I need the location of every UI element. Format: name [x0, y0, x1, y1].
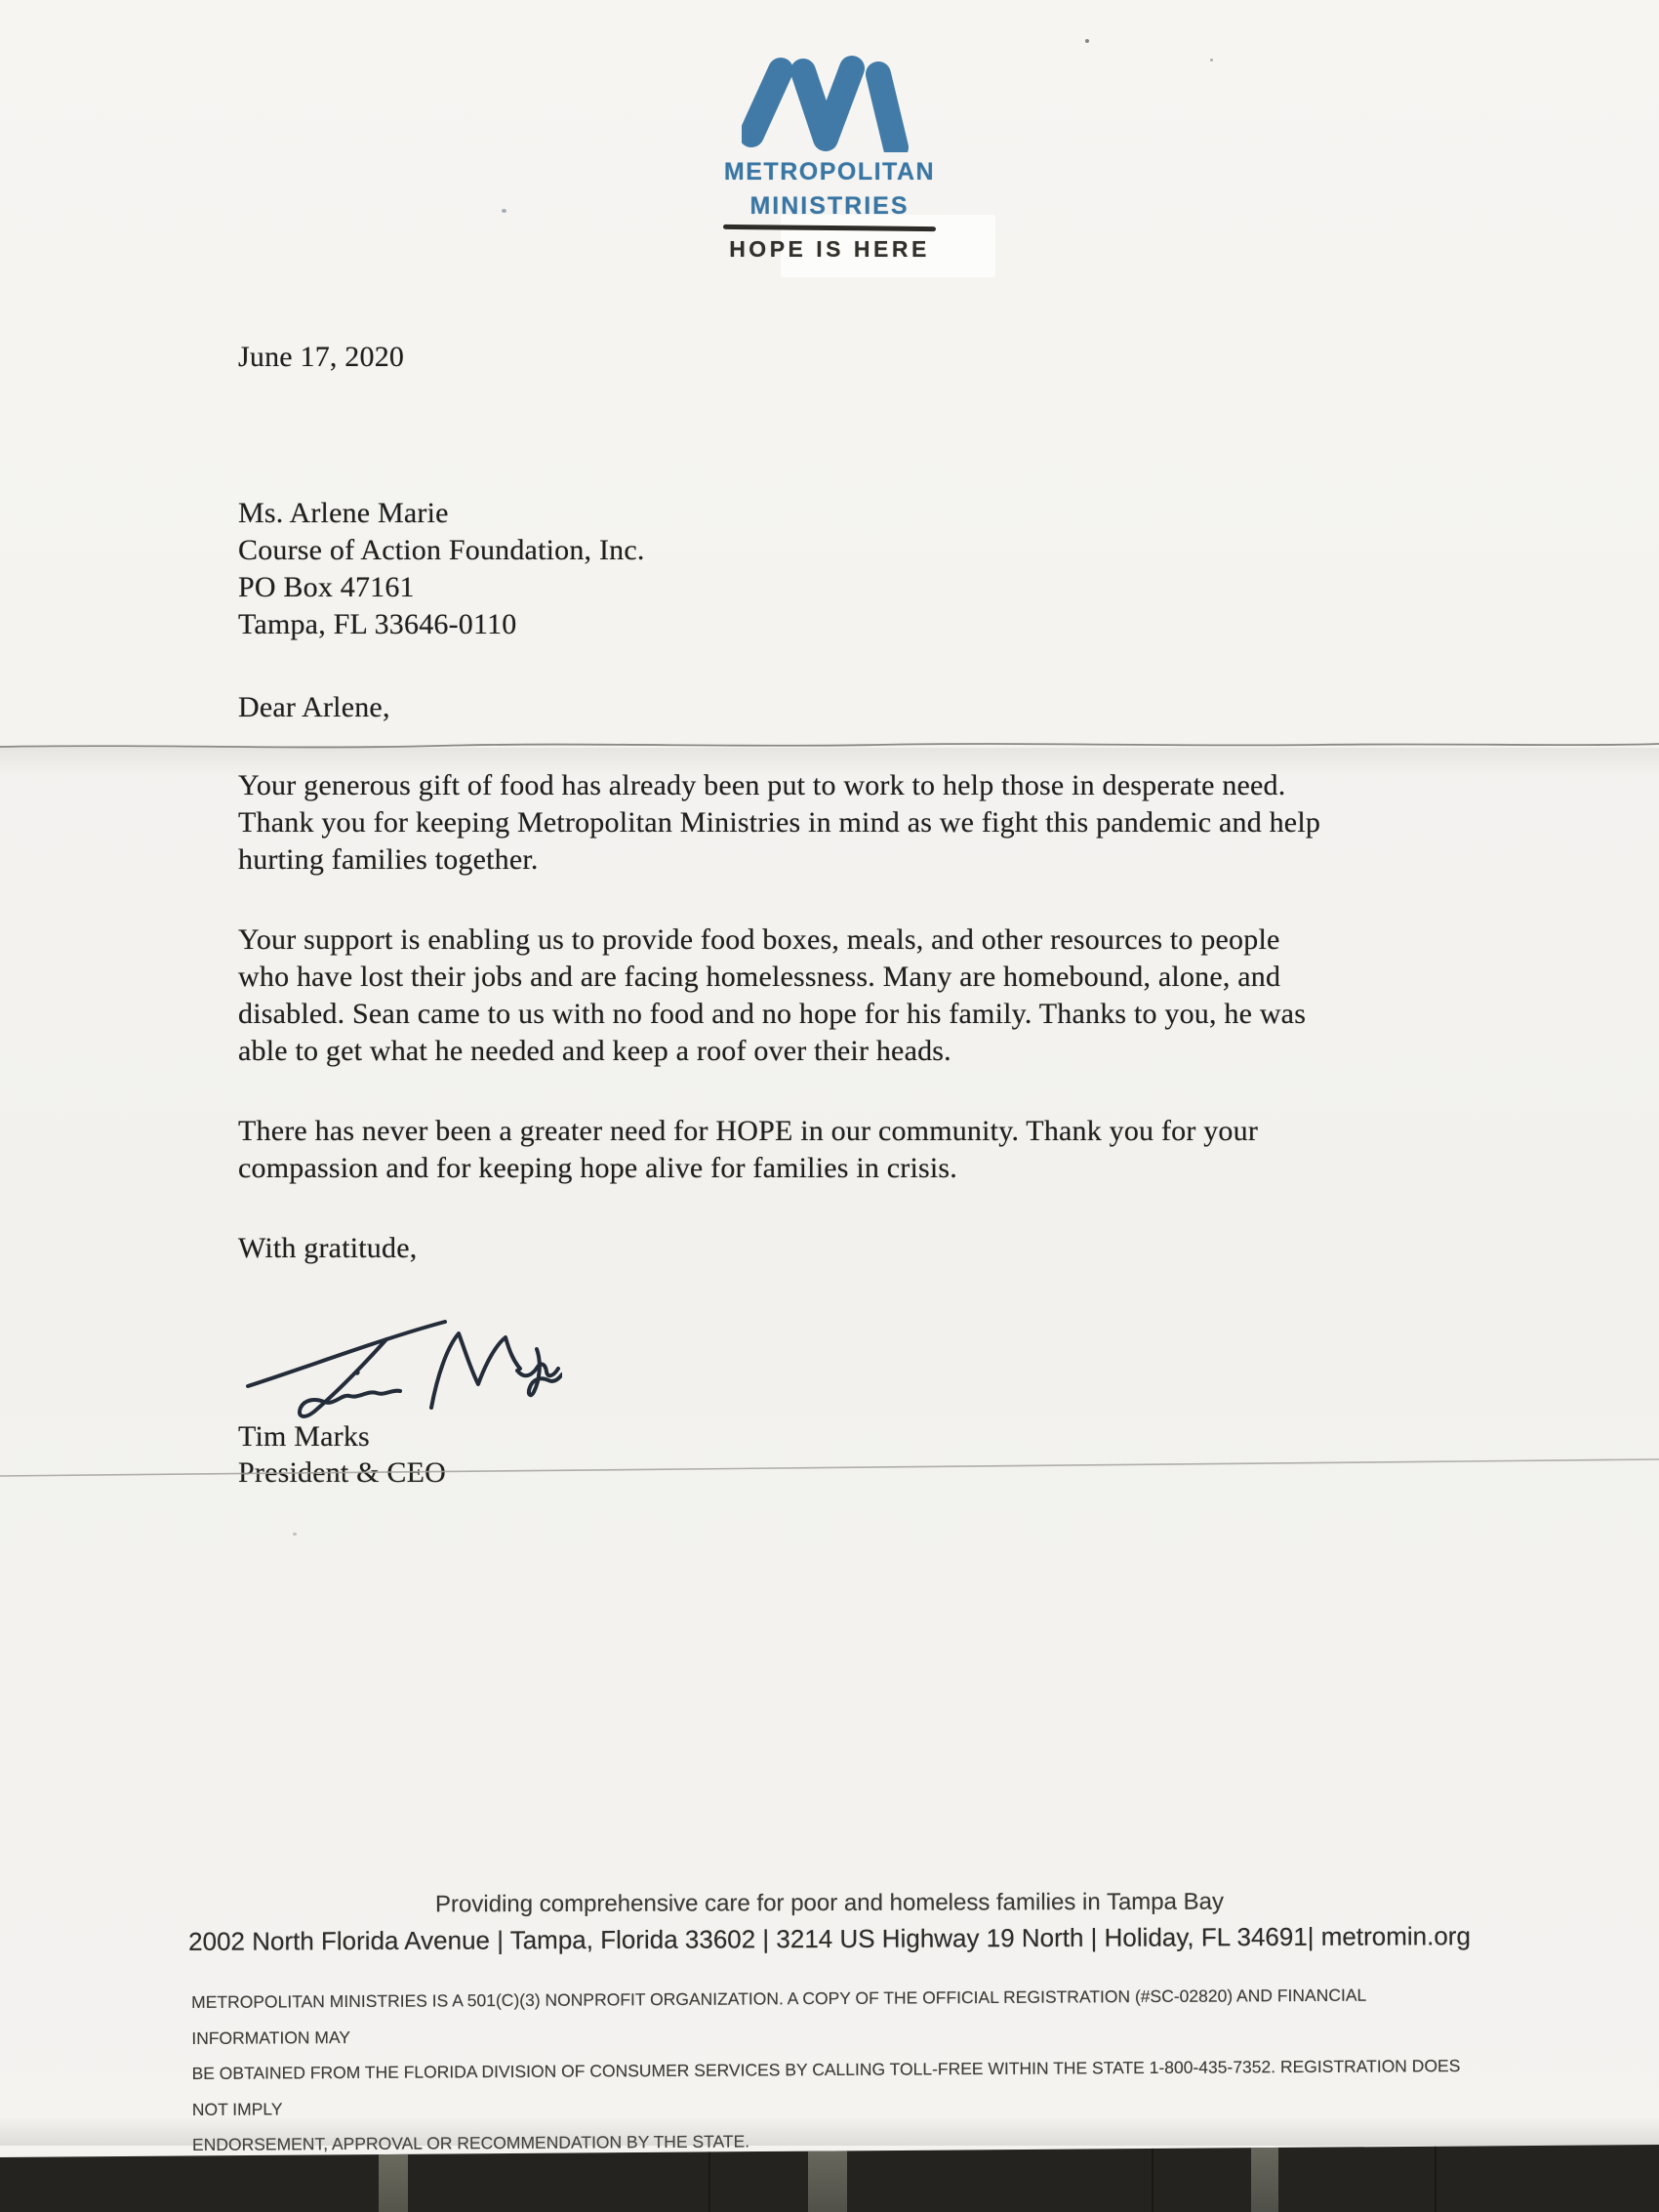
scan-speck: [1085, 39, 1089, 43]
paper-edge-shadow: [0, 2116, 1659, 2146]
body-paragraph-1: Your generous gift of food has already b…: [238, 767, 1536, 879]
closing-line: With gratitude,: [238, 1230, 1536, 1267]
salutation: Dear Arlene,: [238, 689, 390, 726]
scanner-band-seam: [708, 2142, 710, 2212]
logo-divider: [723, 225, 936, 231]
recipient-city-state-zip: Tampa, FL 33646-0110: [238, 606, 645, 643]
footer-tagline: Providing comprehensive care for poor an…: [0, 1887, 1659, 1920]
scanner-band-seam: [1435, 2142, 1436, 2212]
tim-marks-signature: [240, 1308, 562, 1420]
scanner-band-stripe: [808, 2142, 847, 2212]
logo-wordmark-line2: MINISTRIES: [749, 192, 909, 221]
signature-name: Tim Marks: [238, 1418, 370, 1455]
body-paragraph-2: Your support is enabling us to provide f…: [238, 922, 1536, 1070]
recipient-po-box: PO Box 47161: [238, 569, 645, 606]
body-paragraph-3: There has never been a greater need for …: [238, 1113, 1536, 1187]
letterhead: METROPOLITAN MINISTRIES HOPE IS HERE: [723, 55, 936, 263]
scan-speck: [502, 209, 506, 213]
recipient-address-block: Ms. Arlene Marie Course of Action Founda…: [238, 495, 645, 643]
letter-date: June 17, 2020: [238, 339, 404, 376]
footer-address-line: 2002 North Florida Avenue | Tampa, Flori…: [0, 1920, 1659, 1957]
letter-body: Your generous gift of food has already b…: [238, 767, 1536, 1267]
scanner-band-stripe: [1251, 2142, 1278, 2212]
fold-crease-bottom: [0, 1458, 1659, 1480]
logo-tagline: HOPE IS HERE: [729, 236, 930, 263]
scan-speck: [1210, 59, 1213, 61]
recipient-organization: Course of Action Foundation, Inc.: [238, 532, 645, 569]
scan-speck: [293, 1533, 297, 1536]
scanner-band-seam: [1152, 2142, 1153, 2212]
recipient-name: Ms. Arlene Marie: [238, 495, 645, 532]
scanned-letter-page: METROPOLITAN MINISTRIES HOPE IS HERE Jun…: [0, 0, 1659, 2212]
metropolitan-m-logo-icon: [742, 55, 917, 152]
logo-wordmark-line1: METROPOLITAN: [724, 158, 935, 186]
